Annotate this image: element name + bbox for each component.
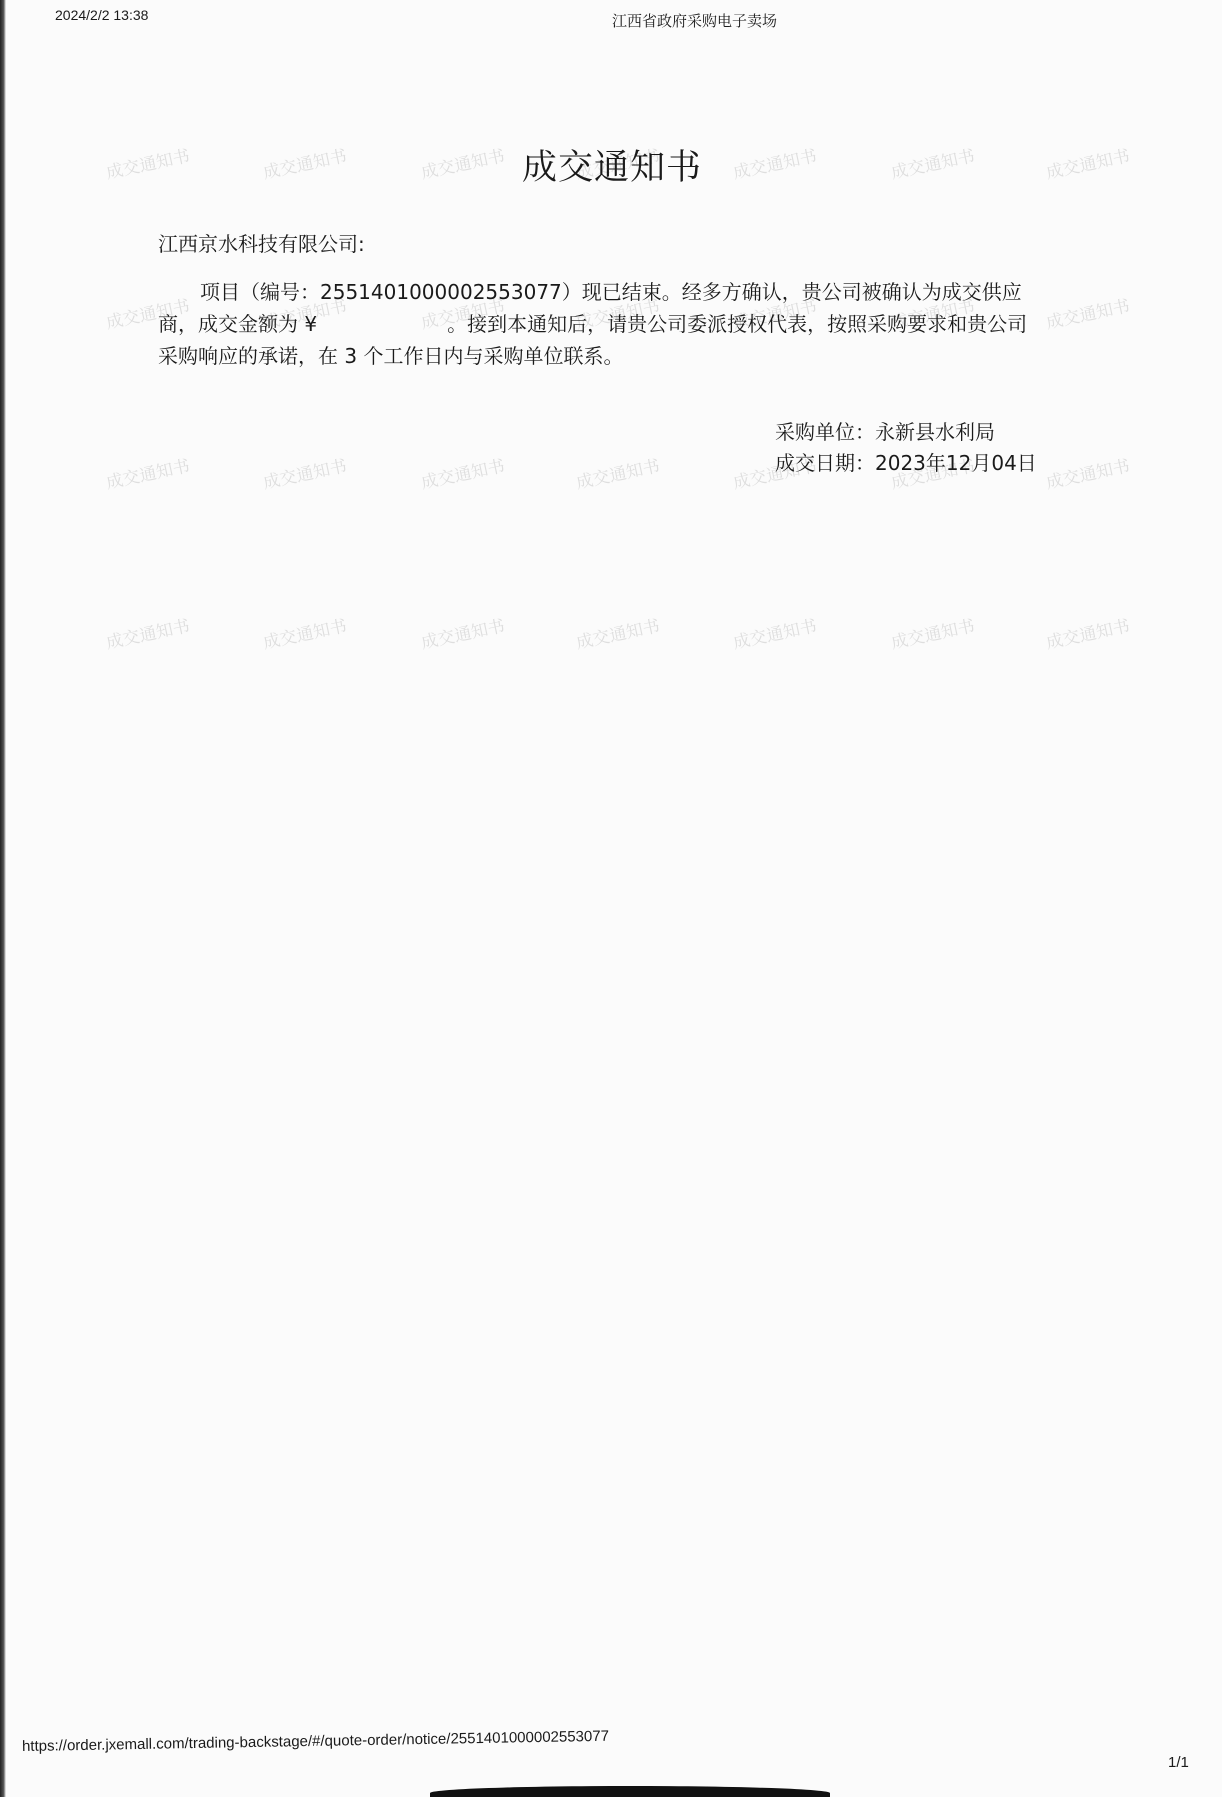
purchaser-line: 采购单位：永新县水利局 <box>775 416 995 445</box>
deal-date-value: 2023年12月04日 <box>875 451 1037 475</box>
watermark-text: 成交通知书 <box>260 451 348 493</box>
scan-shadow <box>430 1786 830 1797</box>
deal-date-line: 成交日期：2023年12月04日 <box>775 447 1037 476</box>
watermark-text: 成交通知书 <box>888 141 976 183</box>
body-line-3: 采购响应的承诺，在 3 个工作日内与采购单位联系。 <box>158 340 1078 372</box>
watermark-text: 成交通知书 <box>418 611 506 653</box>
addressee: 江西京水科技有限公司: <box>158 228 365 257</box>
watermark-text: 成交通知书 <box>103 141 191 183</box>
watermark-text: 成交通知书 <box>418 451 506 493</box>
document-title: 成交通知书 <box>522 140 702 190</box>
watermark-text: 成交通知书 <box>103 451 191 493</box>
purchaser-value: 永新县水利局 <box>875 420 995 444</box>
body-line-2: 商，成交金额为 ¥。接到本通知后，请贵公司委派授权代表，按照采购要求和贵公司 <box>158 308 1078 340</box>
scan-left-edge <box>0 0 6 1797</box>
notice-body: 项目（编号：2551401000002553077）现已结束。经多方确认，贵公司… <box>158 276 1078 372</box>
watermark-text: 成交通知书 <box>1043 611 1131 653</box>
site-name: 江西省政府采购电子卖场 <box>612 10 777 31</box>
watermark-text: 成交通知书 <box>573 451 661 493</box>
print-timestamp: 2024/2/2 13:38 <box>55 7 148 23</box>
deal-date-label: 成交日期： <box>775 451 875 475</box>
watermark-text: 成交通知书 <box>1043 451 1131 493</box>
watermark-text: 成交通知书 <box>418 141 506 183</box>
watermark-text: 成交通知书 <box>573 611 661 653</box>
body-line-1: 项目（编号：2551401000002553077）现已结束。经多方确认，贵公司… <box>158 276 1078 308</box>
page-url: https://order.jxemall.com/trading-backst… <box>22 1728 609 1755</box>
watermark-text: 成交通知书 <box>103 611 191 653</box>
watermark-text: 成交通知书 <box>260 611 348 653</box>
page-number: 1/1 <box>1168 1754 1189 1771</box>
watermark-text: 成交通知书 <box>730 611 818 653</box>
watermark-text: 成交通知书 <box>1043 141 1131 183</box>
watermark-text: 成交通知书 <box>260 141 348 183</box>
watermark-text: 成交通知书 <box>730 141 818 183</box>
watermark-text: 成交通知书 <box>888 611 976 653</box>
purchaser-label: 采购单位： <box>775 420 875 444</box>
